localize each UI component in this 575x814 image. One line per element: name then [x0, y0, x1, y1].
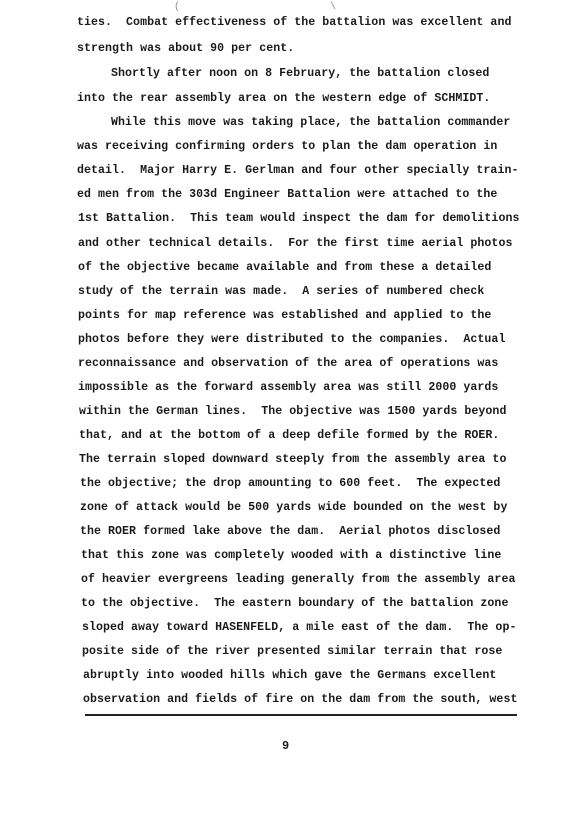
text-line: impossible as the forward assembly area …	[78, 381, 498, 395]
text-line: ties. Combat effectiveness of the battal…	[77, 16, 511, 30]
text-line: was receiving confirming orders to plan …	[77, 140, 497, 154]
text-line: points for map reference was established…	[78, 309, 491, 323]
text-line: that this zone was completely wooded wit…	[81, 549, 501, 563]
text-line: sloped away toward HASENFELD, a mile eas…	[82, 621, 516, 635]
text-line: and other technical details. For the fir…	[78, 237, 512, 251]
text-line: that, and at the bottom of a deep defile…	[79, 429, 499, 443]
text-line: strength was about 90 per cent.	[77, 42, 294, 56]
text-line: posite side of the river presented simil…	[82, 645, 502, 659]
text-line: within the German lines. The objective w…	[79, 405, 506, 419]
text-line: 1st Battalion. This team would inspect t…	[78, 212, 519, 226]
text-line: ed men from the 303d Engineer Battalion …	[77, 188, 497, 202]
text-line: abruptly into wooded hills which gave th…	[83, 669, 496, 683]
scan-mark: \	[330, 2, 336, 13]
text-line: observation and fields of fire on the da…	[83, 693, 517, 707]
text-line: into the rear assembly area on the weste…	[77, 92, 490, 106]
text-line: photos before they were distributed to t…	[78, 333, 505, 347]
text-line: to the objective. The eastern boundary o…	[81, 597, 508, 611]
text-line: the ROER formed lake above the dam. Aeri…	[80, 525, 500, 539]
text-line: reconnaissance and observation of the ar…	[78, 357, 498, 371]
text-line: of heavier evergreens leading generally …	[81, 573, 515, 587]
text-line: Shortly after noon on 8 February, the ba…	[111, 67, 489, 81]
text-line: While this move was taking place, the ba…	[111, 116, 510, 130]
text-line: study of the terrain was made. A series …	[78, 285, 484, 299]
text-line: of the objective became available and fr…	[78, 261, 491, 275]
scan-mark: (	[174, 2, 180, 13]
text-line: detail. Major Harry E. Gerlman and four …	[77, 164, 518, 178]
footer-rule	[85, 714, 517, 716]
page-number: 9	[282, 739, 289, 753]
text-line: the objective; the drop amounting to 600…	[80, 477, 500, 491]
text-line: The terrain sloped downward steeply from…	[79, 453, 506, 467]
text-line: zone of attack would be 500 yards wide b…	[80, 501, 507, 515]
